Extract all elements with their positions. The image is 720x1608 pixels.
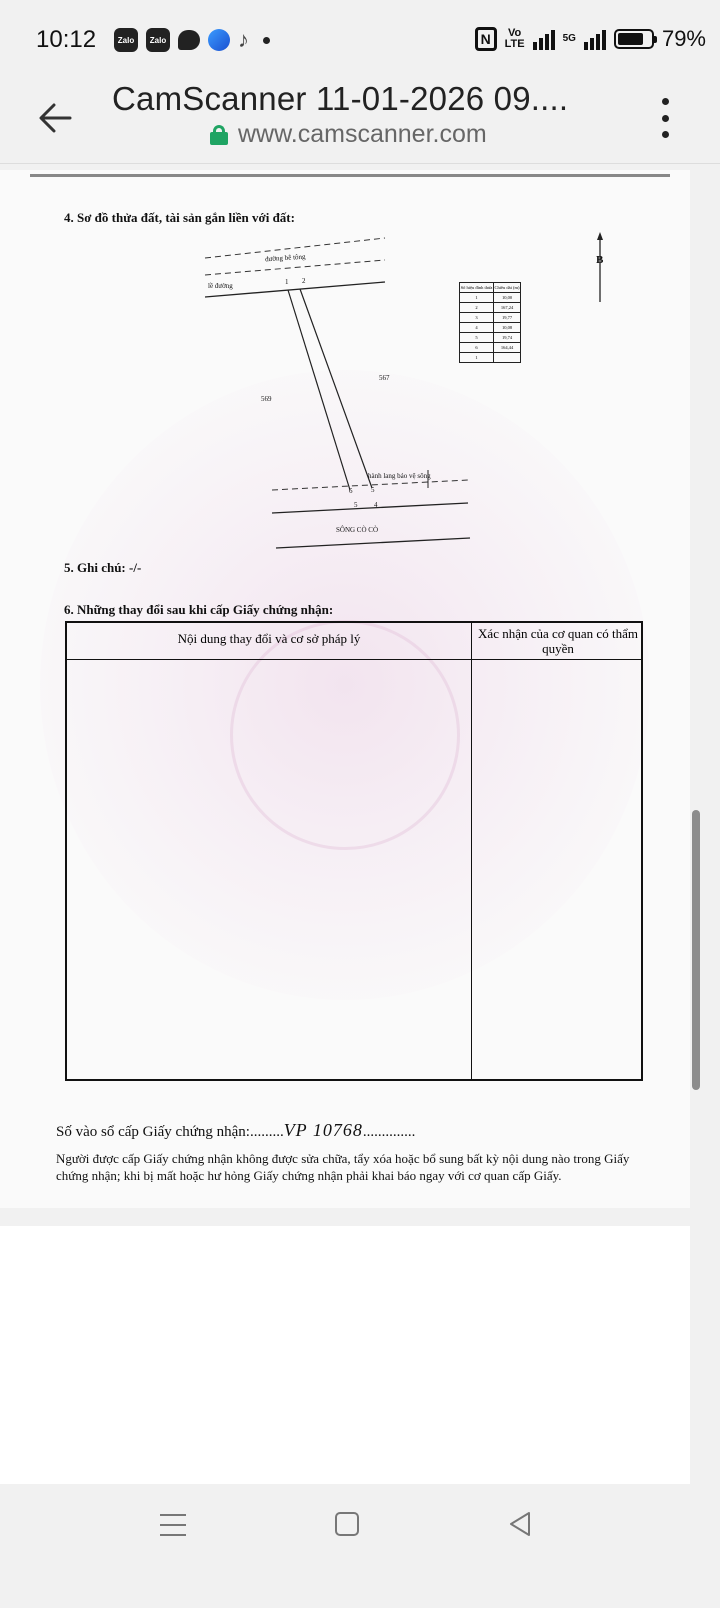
corridor-label: hành lang bảo vệ sông [368, 472, 431, 480]
page-top-border [30, 174, 670, 177]
nav-back-button[interactable] [507, 1510, 533, 1538]
coordinate-row: 1 [460, 353, 521, 363]
home-button[interactable] [335, 1512, 359, 1536]
coordinate-row: 110,00 [460, 293, 521, 303]
battery-icon [614, 29, 654, 49]
vertex-2: 2 [302, 277, 306, 285]
coordinate-row: 319,77 [460, 313, 521, 323]
coordinate-table: Số hiệu đỉnh thửaChiều dài (m) 110,00216… [459, 282, 521, 363]
clock: 10:12 [36, 26, 96, 54]
changes-table: Nội dung thay đổi và cơ sở pháp lý Xác n… [65, 621, 643, 1081]
zalo-icon: Zalo [146, 28, 170, 52]
page-title: CamScanner 11-01-2026 09.... [112, 80, 568, 118]
url-text: www.camscanner.com [238, 120, 487, 149]
section-5-note: 5. Ghi chú: -/- [64, 560, 141, 576]
parcel-567: 567 [379, 374, 390, 382]
system-icons: N Vo LTE 5G 79% [475, 26, 706, 52]
lock-icon [210, 125, 228, 145]
tiktok-icon: ♪ [238, 29, 249, 51]
section-6-title: 6. Những thay đổi sau khi cấp Giấy chứng… [64, 602, 333, 618]
signal-icon [533, 28, 555, 50]
signal-icon-2 [584, 28, 606, 50]
blank-page-area [0, 1226, 690, 1484]
vertex-4: 4 [374, 501, 378, 509]
registry-value: VP 10768 [284, 1120, 363, 1140]
north-arrow-icon [592, 230, 612, 305]
zalo-icon: Zalo [114, 28, 138, 52]
app-bar: CamScanner 11-01-2026 09.... www.camscan… [0, 80, 720, 164]
changes-col-confirmation: Xác nhận của cơ quan có thẩm quyền [471, 626, 645, 656]
navigation-bar [0, 1484, 720, 1608]
river-label: SÔNG CÒ CÒ [336, 526, 378, 534]
north-label: B [596, 254, 603, 266]
coordinate-row: 519,74 [460, 333, 521, 343]
status-bar: 10:12 Zalo Zalo ♪ N Vo LTE 5G 79% [0, 0, 720, 80]
network-type-icon: 5G [563, 34, 576, 44]
blue-app-icon [208, 29, 230, 51]
more-dot-icon [263, 37, 270, 44]
coordinate-row: 2167,24 [460, 303, 521, 313]
notification-icons: Zalo Zalo ♪ [114, 28, 270, 52]
coordinate-row: 6164,44 [460, 343, 521, 353]
parcel-569: 569 [261, 395, 272, 403]
url-display: www.camscanner.com [210, 120, 487, 149]
scrollbar[interactable] [692, 810, 700, 1090]
vertex-6: 6 [349, 487, 353, 495]
changes-col-content: Nội dung thay đổi và cơ sở pháp lý [67, 631, 471, 647]
vertex-1: 1 [285, 278, 289, 286]
volte-icon: Vo LTE [505, 28, 525, 50]
recent-apps-button[interactable] [160, 1514, 186, 1536]
section-4-title: 4. Sơ đồ thửa đất, tài sản gắn liền với … [64, 210, 295, 226]
parcel-map [200, 230, 500, 560]
vertex-5b: 5 [354, 501, 358, 509]
document-page: 4. Sơ đồ thửa đất, tài sản gắn liền với … [0, 170, 690, 1208]
registry-number: Số vào sổ cấp Giấy chứng nhận:.........V… [56, 1120, 415, 1141]
vertex-5: 5 [371, 486, 375, 494]
coordinate-row: 410,08 [460, 323, 521, 333]
certificate-note: Người được cấp Giấy chứng nhận không đượ… [56, 1150, 656, 1184]
nfc-icon: N [475, 27, 497, 51]
chat-bubble-icon [178, 30, 200, 50]
battery-percent: 79% [662, 26, 706, 52]
more-options-button[interactable] [660, 98, 670, 138]
road-edge-label: lề đường [208, 282, 233, 290]
back-arrow-icon[interactable] [36, 98, 76, 138]
